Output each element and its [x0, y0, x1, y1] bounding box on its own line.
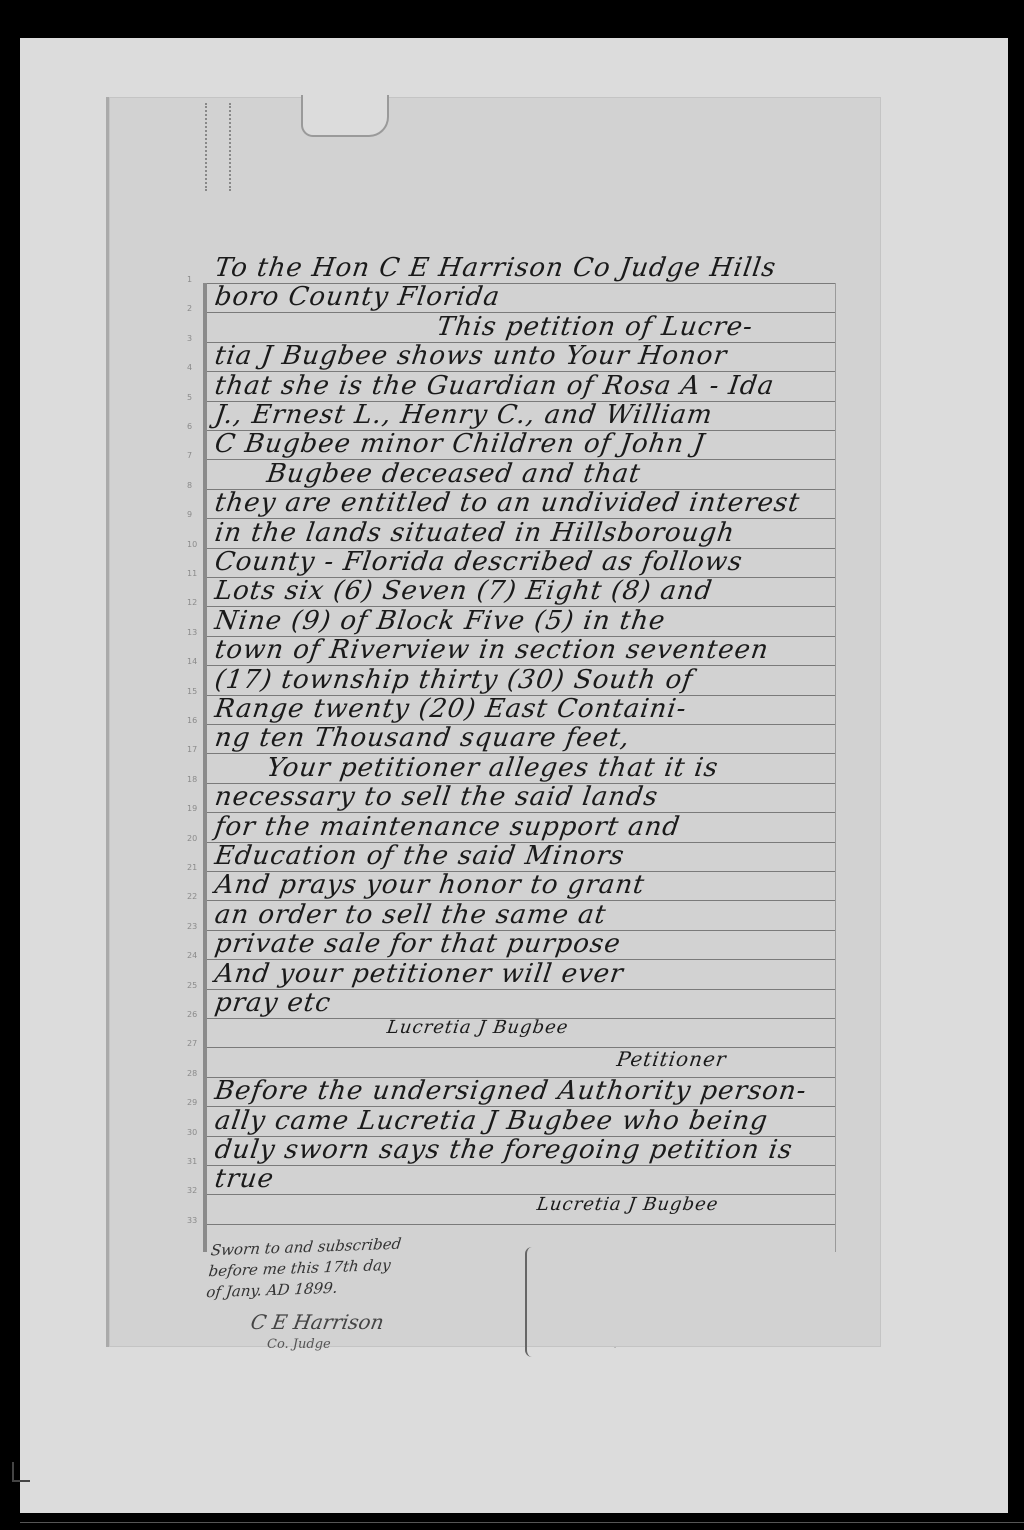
handwritten-line: Nine (9) of Block Five (5) in the: [213, 606, 668, 636]
line-number: 9: [187, 510, 192, 519]
line-number: 24: [187, 951, 197, 960]
handwritten-line: for the maintenance support and: [213, 812, 682, 842]
line-number: 11: [187, 569, 197, 578]
corner-crop-mark: [12, 1462, 30, 1482]
handwritten-line: County - Florida described as follows: [213, 547, 745, 577]
handwritten-line: ng ten Thousand square feet,: [213, 723, 632, 753]
line-number: 13: [187, 628, 197, 637]
handwritten-line: private sale for that purpose: [213, 929, 623, 959]
line-number: 3: [187, 334, 192, 343]
line-number: 19: [187, 804, 197, 813]
torn-notch: [301, 95, 389, 137]
perforation-line: [205, 103, 207, 191]
perforation-line: [229, 103, 231, 191]
handwritten-line: Petitioner: [615, 1047, 728, 1071]
line-number: 29: [187, 1098, 197, 1107]
handwritten-line: an order to sell the same at: [213, 900, 608, 930]
handwritten-line: that she is the Guardian of Rosa A - Ida: [213, 371, 776, 401]
line-number: 23: [187, 922, 197, 931]
handwritten-line: Education of the said Minors: [213, 841, 627, 871]
handwritten-line: necessary to sell the said lands: [213, 782, 660, 812]
handwritten-line: Before the undersigned Authority person-: [213, 1076, 809, 1106]
handwritten-line: in the lands situated in Hillsborough: [213, 518, 737, 548]
handwritten-line: To the Hon C E Harrison Co Judge Hills: [213, 253, 778, 283]
ruled-line: [207, 1224, 835, 1225]
line-number: 12: [187, 598, 197, 607]
handwritten-line: Range twenty (20) East Containi-: [213, 694, 689, 724]
line-number: 6: [187, 422, 192, 431]
line-number: 33: [187, 1216, 197, 1225]
handwritten-line: (17) township thirty (30) South of: [213, 665, 695, 695]
judge-signature: C E Harrison: [249, 1310, 386, 1334]
handwritten-line: true: [213, 1164, 276, 1194]
line-number: 8: [187, 481, 192, 490]
ruled-line: [207, 1165, 835, 1166]
handwritten-line: Lucretia J Bugbee: [536, 1194, 720, 1215]
handwritten-line: C Bugbee minor Children of John J: [213, 429, 707, 459]
handwritten-line: boro County Florida: [213, 282, 502, 312]
mount-edge-line: [20, 1522, 1024, 1523]
handwritten-line: Lucretia J Bugbee: [386, 1017, 570, 1038]
line-number: 10: [187, 540, 197, 549]
line-number: 1: [187, 275, 192, 284]
handwritten-line: And prays your honor to grant: [213, 870, 647, 900]
line-number: 32: [187, 1186, 197, 1195]
line-number: 16: [187, 716, 197, 725]
line-number: 2: [187, 304, 192, 313]
ruled-writing-area: 1234567891011121314151617181920212223242…: [203, 283, 836, 1252]
handwritten-line: This petition of Lucre-: [435, 312, 755, 342]
line-number: 18: [187, 775, 197, 784]
judge-title: Co. Judge: [267, 1337, 331, 1352]
ruled-line: [207, 1194, 835, 1195]
petition-sheet: 1234567891011121314151617181920212223242…: [106, 97, 881, 1347]
line-number: 21: [187, 863, 197, 872]
line-number: 20: [187, 834, 197, 843]
handwritten-line: town of Riverview in section seventeen: [213, 635, 771, 665]
handwritten-line: duly sworn says the foregoing petition i…: [213, 1135, 795, 1165]
line-number: 30: [187, 1128, 197, 1137]
line-number: 17: [187, 745, 197, 754]
line-number: 4: [187, 363, 192, 372]
handwritten-line: And your petitioner will ever: [213, 959, 626, 989]
line-number: 5: [187, 393, 192, 402]
handwritten-line: Lots six (6) Seven (7) Eight (8) and: [213, 576, 715, 606]
line-number: 15: [187, 687, 197, 696]
handwritten-line: pray etc: [213, 988, 333, 1018]
handwritten-line: J., Ernest L., Henry C., and William: [213, 400, 715, 430]
line-number: 28: [187, 1069, 197, 1078]
line-number: 22: [187, 892, 197, 901]
line-number: 25: [187, 981, 197, 990]
line-number: 27: [187, 1039, 197, 1048]
handwritten-line: Bugbee deceased and that: [265, 459, 643, 489]
handwritten-line: Your petitioner alleges that it is: [265, 753, 721, 783]
line-number: 26: [187, 1010, 197, 1019]
handwritten-line: ally came Lucretia J Bugbee who being: [213, 1106, 770, 1136]
line-number: 14: [187, 657, 197, 666]
jurat-text: Sworn to and subscribed before me this 1…: [205, 1234, 402, 1304]
jurat-brace: [525, 1247, 539, 1357]
handwritten-line: tia J Bugbee shows unto Your Honor: [213, 341, 729, 371]
line-number: 31: [187, 1157, 197, 1166]
ruled-line: [207, 1047, 835, 1048]
line-number: 7: [187, 451, 192, 460]
handwritten-line: they are entitled to an undivided intere…: [213, 488, 802, 518]
